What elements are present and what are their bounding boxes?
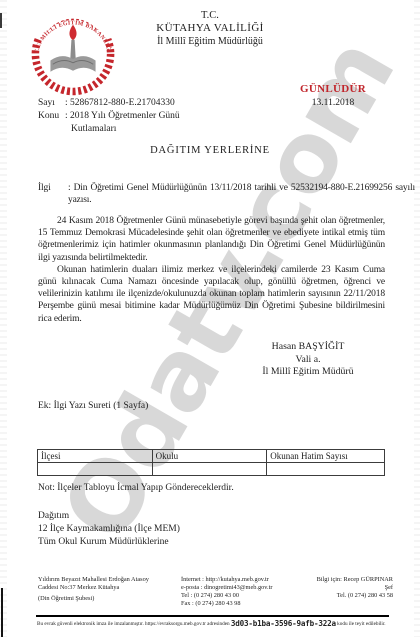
table-header-ilcesi: İlçesi: [38, 450, 153, 463]
ilgi-label: İlgi: [38, 182, 68, 194]
verification-post-text: kodu ile teyit edilebilir.: [337, 621, 385, 627]
footer-website: İnternet : http://kutahya.meb.gov.tr: [181, 576, 309, 584]
scan-artifact-mark: [0, 13, 2, 28]
scan-noise-left: [0, 0, 7, 637]
konu-value: : 2018 Yılı Öğretmenler Günü: [65, 111, 180, 121]
sayi-line: Sayı: 52867812-880-E.21704330: [38, 97, 180, 110]
scan-noise-right: [414, 0, 420, 637]
distribution-item: 12 İlçe Kaymakamlığına (İlçe MEM): [38, 523, 180, 536]
footer-info-person: Bilgi için: Recep GÜRPINAR: [293, 576, 393, 584]
table-empty-cell: [267, 463, 385, 476]
letterhead-governorship: KÜTAHYA VALİLİĞİ: [90, 22, 330, 35]
verification-code: 3d03-b1ba-3596-9afb-322a: [231, 619, 336, 628]
signer-title-2: İl Millî Eğitim Müdürü: [228, 366, 388, 379]
konu-label: Konu: [38, 110, 65, 123]
recipient-line: DAĞITIM YERLERİNE: [0, 145, 420, 156]
footer-email: e-posta : dinogretimi43@meb.gov.tr: [181, 584, 309, 592]
sayi-label: Sayı: [38, 97, 65, 110]
ilgi-text: : Din Öğretimi Genel Müdürlüğünün 13/11/…: [68, 183, 415, 205]
signer-title-1: Vali a.: [228, 354, 388, 367]
signature-block: Hasan BAŞYİĞİT Vali a. İl Millî Eğitim M…: [228, 341, 388, 379]
letterhead-tc: T.C.: [90, 9, 330, 22]
letter-body: 24 Kasım 2018 Öğretmenler Günü münasebet…: [38, 215, 385, 325]
distribution-block: Dağıtım 12 İlçe Kaymakamlığına (İlçe MEM…: [38, 510, 180, 549]
table-empty-cell: [152, 463, 267, 476]
footer-address-line: (Din Öğretimi Şubesi): [38, 595, 180, 603]
hatim-table: İlçesi Okulu Okunan Hatim Sayısı: [37, 449, 385, 476]
body-paragraph-1: 24 Kasım 2018 Öğretmenler Günü münasebet…: [38, 215, 385, 264]
letterhead-directorate: İl Millî Eğitim Müdürlüğü: [90, 35, 330, 48]
footer-divider: [36, 615, 389, 617]
note-line: Not: İlçeler Tabloyu İcmal Yapıp Göndere…: [38, 483, 234, 493]
konu-continuation: Kutlamaları: [71, 123, 180, 136]
reference-block: Sayı: 52867812-880-E.21704330 Konu: 2018…: [38, 97, 180, 135]
body-paragraph-2: Okunan hatimlerin duaları ilimiz merkez …: [38, 264, 385, 325]
footer-address-line: Yıldırım Beyazıt Mahallesi Erdoğan Ataso…: [38, 576, 180, 584]
table-header-row: İlçesi Okulu Okunan Hatim Sayısı: [38, 450, 385, 463]
table-header-okunan-hatim: Okunan Hatim Sayısı: [267, 450, 385, 463]
verification-pre-text: Bu evrak güvenli elektronik imza ile imz…: [37, 621, 230, 627]
attachment-line: Ek: İlgi Yazı Sureti (1 Sayfa): [38, 401, 148, 411]
scan-artifact-line: [1, 588, 3, 637]
konu-line: Konu: 2018 Yılı Öğretmenler Günü: [38, 110, 180, 123]
distribution-item: Tüm Okul Kurum Müdürlüklerine: [38, 536, 180, 549]
document-date: 13.11.2018: [296, 98, 370, 108]
footer-info-phone: Tel. (0 274) 280 43 58: [293, 592, 393, 600]
footer-info-contact: Bilgi için: Recep GÜRPINAR Şef Tel. (0 2…: [293, 576, 393, 600]
document-page: Odatv.com T.C. MİLLİ EĞİTİM BAKANLIĞI T.…: [0, 0, 420, 637]
footer-contact: İnternet : http://kutahya.meb.gov.tr e-p…: [181, 576, 309, 608]
footer-fax: Fax : (0 274) 280 43 98: [181, 600, 309, 608]
table-empty-cell: [38, 463, 153, 476]
footer-address: Yıldırım Beyazıt Mahallesi Erdoğan Ataso…: [38, 576, 180, 603]
letterhead: T.C. KÜTAHYA VALİLİĞİ İl Millî Eğitim Mü…: [90, 9, 330, 48]
footer-info-title: Şef: [293, 584, 393, 592]
verification-line: Bu evrak güvenli elektronik imza ile imz…: [37, 619, 415, 628]
sayi-value: : 52867812-880-E.21704330: [65, 98, 175, 108]
footer-address-line: Caddesi No:37 Merkez Kütahya: [38, 584, 180, 592]
footer-phone: Tel : (0 274) 280 43 00: [181, 592, 309, 600]
distribution-title: Dağıtım: [38, 510, 180, 523]
table-empty-row: [38, 463, 385, 476]
logo-flame: [69, 25, 76, 41]
gunludur-stamp: GÜNLÜDÜR: [296, 83, 370, 95]
signer-name: Hasan BAŞYİĞİT: [228, 341, 388, 354]
table-header-okulu: Okulu: [152, 450, 267, 463]
ilgi-reference: İlgi: Din Öğretimi Genel Müdürlüğünün 13…: [38, 182, 415, 206]
